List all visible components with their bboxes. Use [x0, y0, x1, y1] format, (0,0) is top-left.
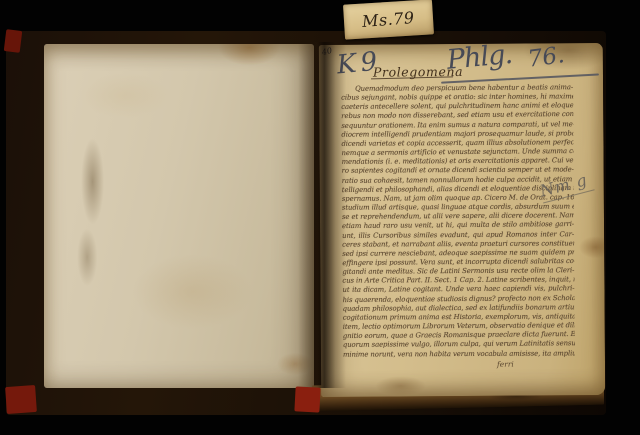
manuscript-line: ro sapientes cogitandi et ornate dicendi… [342, 166, 574, 176]
manuscript-photograph: 40 K 9 Prolegomena Phlg. 76. Quemadmodum… [0, 0, 640, 435]
manuscript-line: his quaerenda, eloquentiae studiosis dig… [343, 294, 575, 305]
blank-left-page [44, 44, 314, 388]
manuscript-text-block: Quemadmodum deo perspicuum bene habentur… [341, 83, 575, 359]
manuscript-line: ceres stabant, et narrabant aliis, event… [342, 239, 574, 249]
manuscript-line: cibus sejungant, nobis quippe et oratio:… [341, 93, 573, 103]
header-code-left: K 9 [336, 47, 377, 80]
catchword: ferri [497, 360, 514, 369]
manuscript-line: diocrem intelligendi prudentiam majori p… [341, 129, 573, 139]
cover-red-corner-top-left [4, 29, 23, 53]
manuscript-line: cogitationum primum anima est Historia, … [343, 312, 575, 322]
gutter-mark: 40 [321, 46, 333, 57]
shelf-label-text: Ms.79 [362, 8, 416, 31]
manuscript-line: minime norunt, vera non habita verum voc… [343, 349, 575, 359]
shelf-label: Ms.79 [343, 0, 434, 40]
manuscript-right-page: 40 K 9 Prolegomena Phlg. 76. Quemadmodum… [319, 43, 605, 397]
header-code-right: Phlg. [446, 39, 514, 76]
cover-red-corner-bottom-center [294, 386, 320, 412]
cover-red-corner-bottom-left [5, 385, 37, 414]
header-underline-long [441, 73, 599, 83]
manuscript-line: studium illud artisque, quasi linguae at… [342, 202, 574, 212]
header-page-number: 76. [526, 42, 566, 72]
manuscript-line: cus in Arte Critica Part. II. Sect. 1 Ca… [342, 276, 574, 286]
